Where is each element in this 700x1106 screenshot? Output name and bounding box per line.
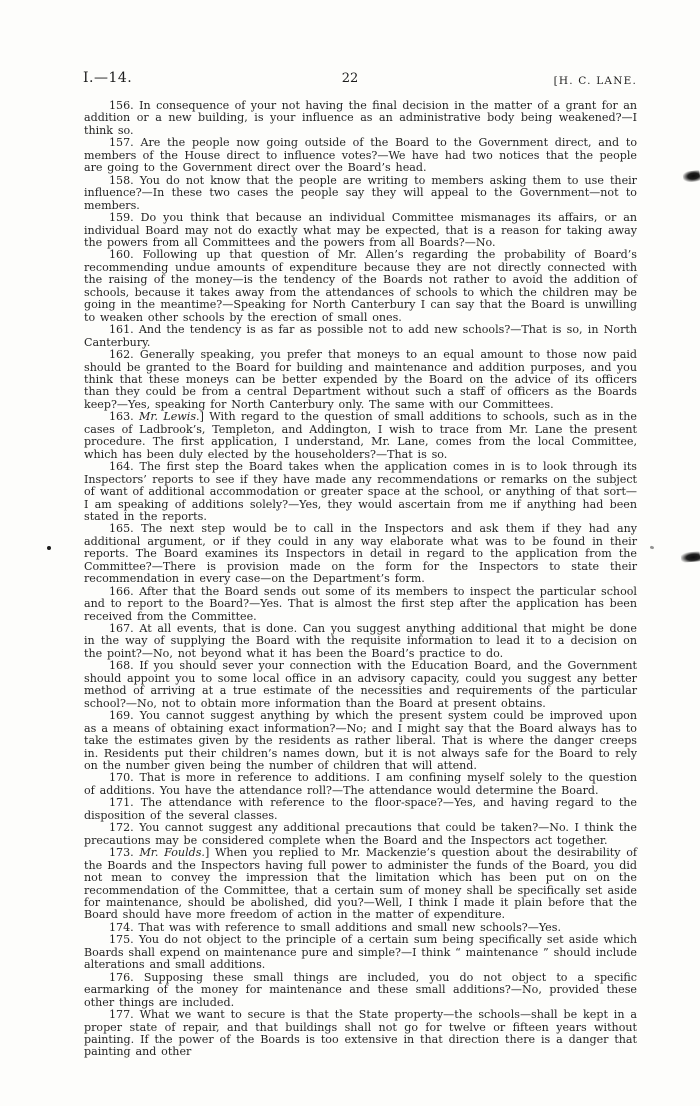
paragraph-156: 156. In consequence of your not having t…	[84, 100, 637, 137]
paragraph-176: 176. Supposing these small things are in…	[84, 972, 637, 1009]
paragraph-168: 168. If you should sever your connection…	[84, 660, 637, 710]
paragraph-165: 165. The next step would be to call in t…	[84, 523, 637, 585]
paragraph-172: 172. You cannot suggest any additional p…	[84, 822, 637, 847]
witness-name-header: [H. C. LANE.	[554, 75, 637, 87]
ink-smudge-icon	[681, 551, 700, 563]
paragraph-167: 167. At all events, that is done. Can yo…	[84, 623, 637, 660]
ink-dot-icon	[47, 546, 51, 550]
ink-speck-icon	[650, 545, 655, 549]
paragraph-157: 157. Are the people now going outside of…	[84, 137, 637, 174]
paragraph-173: 173. Mr. Foulds.] When you replied to Mr…	[84, 847, 637, 922]
paragraph-159: 159. Do you think that because an indivi…	[84, 212, 637, 249]
document-page: I.—14. 22 [H. C. LANE. 156. In consequen…	[0, 0, 700, 1106]
paragraph-171: 171. The attendance with reference to th…	[84, 797, 637, 822]
speaker-name: Mr. Lewis.	[139, 410, 200, 423]
ink-smudge-icon	[682, 170, 700, 183]
paragraph-169: 169. You cannot suggest anything by whic…	[84, 710, 637, 772]
paragraph-158: 158. You do not know that the people are…	[84, 175, 637, 212]
paragraph-175: 175. You do not object to the principle …	[84, 934, 637, 971]
paragraph-170: 170. That is more in reference to additi…	[84, 772, 637, 797]
paragraph-161: 161. And the tendency is as far as possi…	[84, 324, 637, 349]
paragraph-164: 164. The first step the Board takes when…	[84, 461, 637, 523]
paragraph-160: 160. Following up that question of Mr. A…	[84, 249, 637, 324]
paragraph-163: 163. Mr. Lewis.] With regard to the ques…	[84, 411, 637, 461]
speaker-name: Mr. Foulds.	[139, 846, 205, 859]
paragraph-166: 166. After that the Board sends out some…	[84, 586, 637, 623]
paragraph-162: 162. Generally speaking, you prefer that…	[84, 349, 637, 411]
evidence-paragraphs: 156. In consequence of your not having t…	[84, 100, 637, 1059]
paragraph-177: 177. What we want to secure is that the …	[84, 1009, 637, 1059]
